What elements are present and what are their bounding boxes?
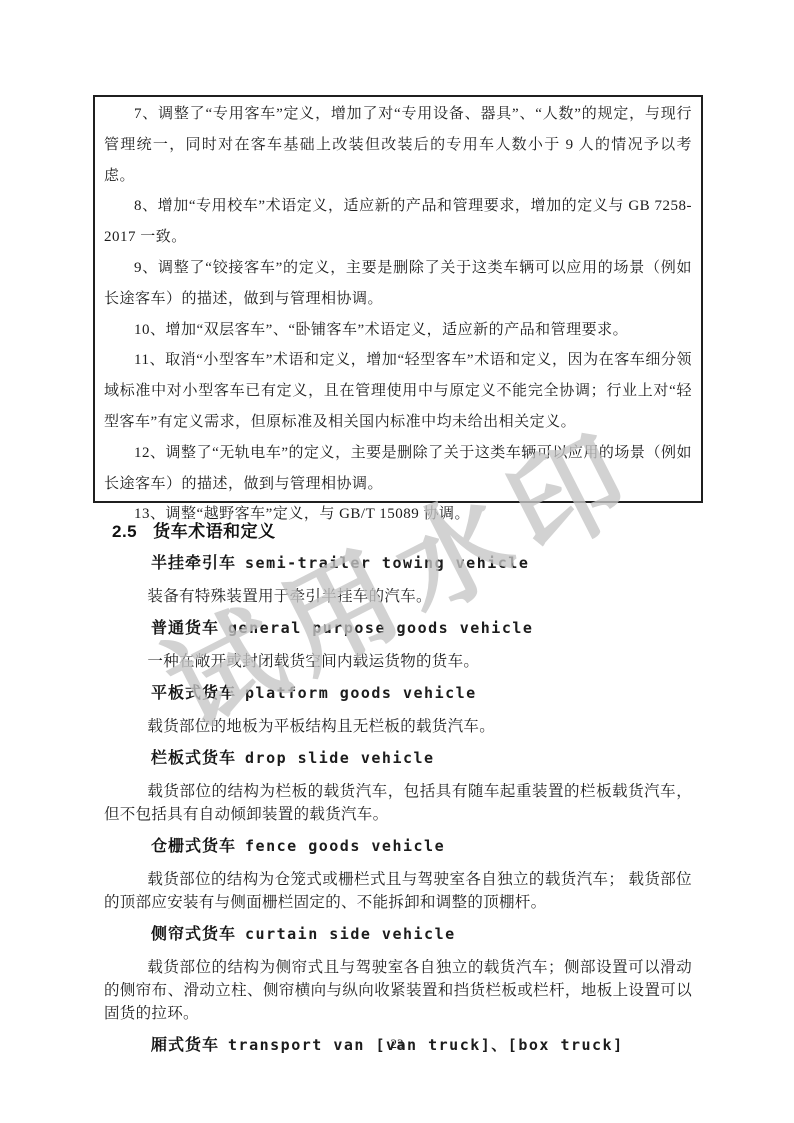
term-definition: 载货部位的地板为平板结构且无栏板的载货汽车。 (104, 715, 692, 738)
term-en: fence goods vehicle (245, 837, 445, 855)
term-en: general purpose goods vehicle (228, 619, 533, 637)
section-heading: 2.5货车术语和定义 (112, 517, 276, 542)
numbered-paragraph: 10、增加“双层客车”、“卧铺客车”术语定义，适应新的产品和管理要求。 (104, 315, 692, 346)
term-en: semi-trailer towing vehicle (245, 554, 529, 572)
term-en: drop slide vehicle (245, 749, 435, 767)
term-en: platform goods vehicle (245, 684, 477, 702)
term-zh: 侧帘式货车 (151, 926, 236, 943)
section-title: 货车术语和定义 (153, 522, 276, 541)
revision-notes-box: 7、调整了“专用客车”定义，增加了对“专用设备、器具”、“人数”的规定，与现行管… (93, 95, 703, 503)
document-page: 7、调整了“专用客车”定义，增加了对“专用设备、器具”、“人数”的规定，与现行管… (0, 0, 794, 1123)
term-en: curtain side vehicle (245, 925, 456, 943)
term-line: 普通货车general purpose goods vehicle (104, 612, 692, 645)
term-zh: 仓栅式货车 (151, 838, 236, 855)
term-zh: 栏板式货车 (151, 750, 236, 767)
term-definition: 装备有特殊装置用于牵引半挂车的汽车。 (104, 585, 692, 608)
term-definition: 载货部位的结构为栏板的载货汽车，包括具有随车起重装置的栏板载货汽车，但不包括具有… (104, 780, 692, 826)
term-line: 栏板式货车drop slide vehicle (104, 742, 692, 775)
term-definition: 载货部位的结构为仓笼式或栅栏式且与驾驶室各自独立的载货汽车； 载货部位的顶部应安… (104, 868, 692, 914)
term-definition: 载货部位的结构为侧帘式且与驾驶室各自独立的载货汽车；侧部设置可以滑动的侧帘布、滑… (104, 956, 692, 1025)
term-zh: 平板式货车 (151, 685, 236, 702)
numbered-paragraph: 8、增加“专用校车”术语定义，适应新的产品和管理要求，增加的定义与 GB 725… (104, 191, 692, 253)
section-number: 2.5 (112, 522, 137, 541)
numbered-paragraph: 12、调整了“无轨电车”的定义，主要是删除了关于这类车辆可以应用的场景（例如长途… (104, 438, 692, 500)
numbered-paragraph: 7、调整了“专用客车”定义，增加了对“专用设备、器具”、“人数”的规定，与现行管… (104, 99, 692, 191)
term-zh: 半挂牵引车 (151, 555, 236, 572)
numbered-paragraph: 9、调整了“铰接客车”的定义，主要是删除了关于这类车辆可以应用的场景（例如长途客… (104, 253, 692, 315)
term-definition: 一种在敞开或封闭载货空间内载运货物的货车。 (104, 650, 692, 673)
term-line: 仓栅式货车fence goods vehicle (104, 830, 692, 863)
term-zh: 普通货车 (151, 620, 219, 637)
page-number: 23 (0, 1036, 794, 1052)
numbered-paragraph: 11、取消“小型客车”术语和定义，增加“轻型客车”术语和定义，因为在客车细分领域… (104, 345, 692, 437)
terms-list: 半挂牵引车semi-trailer towing vehicle 装备有特殊装置… (104, 547, 692, 1062)
term-line: 侧帘式货车curtain side vehicle (104, 918, 692, 951)
term-line: 半挂牵引车semi-trailer towing vehicle (104, 547, 692, 580)
term-line: 平板式货车platform goods vehicle (104, 677, 692, 710)
